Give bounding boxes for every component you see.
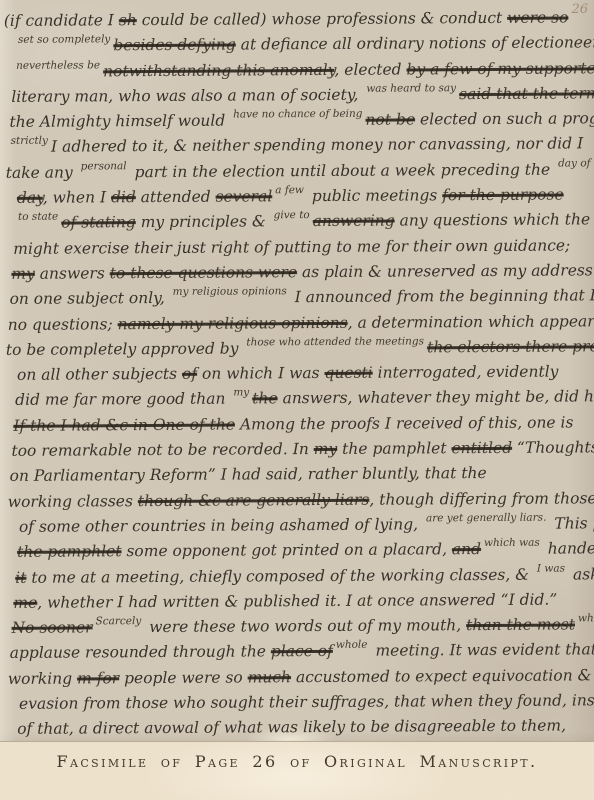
struck-text-segment: the <box>252 390 278 408</box>
struck-text-segment: answering <box>313 212 395 230</box>
manuscript-line: (if candidate I sh could be called) whos… <box>0 5 594 34</box>
inserted-text-segment: I was <box>537 563 565 573</box>
text-segment: as plain & unreserved as my address. <box>297 261 594 281</box>
inserted-text-segment: are yet generally liars. <box>426 513 546 524</box>
text-segment: my principles & <box>136 213 271 232</box>
manuscript-line: evasion from those who sought their suff… <box>2 688 594 717</box>
text-segment: elected on such a programme. <box>415 109 594 128</box>
struck-text-segment: several <box>216 187 273 205</box>
text-segment: on which I was <box>197 364 325 383</box>
struck-text-segment: m for <box>77 669 119 687</box>
text-segment: , though differing from those <box>369 489 594 508</box>
manuscript-line: no questions; namely my religious opinio… <box>0 309 594 338</box>
text-segment: evasion from those who sought their suff… <box>19 691 594 713</box>
text-segment: working <box>8 669 77 687</box>
struck-text-segment: were so <box>507 8 568 26</box>
manuscript-line: my answers to these questions were as pl… <box>0 258 594 287</box>
inserted-text-segment: day of <box>558 158 591 168</box>
manuscript-line: the pamphlet some opponent got printed o… <box>1 536 594 565</box>
text-segment: , elected <box>334 60 406 78</box>
manuscript-line: day, when I did attended severala few pu… <box>0 182 594 211</box>
inserted-text-segment: strictly <box>11 136 48 146</box>
text-segment: at defiance all ordinary notions of elec… <box>236 33 594 54</box>
text-segment: interrogated, evidently <box>373 363 559 382</box>
struck-text-segment: said that the term <box>459 84 594 103</box>
struck-text-segment: entitled <box>451 439 512 457</box>
text-segment: , whether I had written & published it. … <box>37 590 557 611</box>
manuscript-line: working m for people were so much accust… <box>2 663 594 692</box>
inserted-text-segment: my <box>233 388 249 398</box>
manuscript-line: to stateof stating my principles & give … <box>0 207 594 236</box>
inserted-text-segment: when <box>578 613 594 623</box>
manuscript-line: did me far more good than mythe answers,… <box>0 384 594 413</box>
text-segment: any questions which the electors <box>395 210 594 230</box>
manuscript-line: of that, a direct avowal of what was lik… <box>2 713 594 742</box>
inserted-text-segment: those who attended the meetings <box>246 336 424 347</box>
struck-text-segment: place of <box>271 642 333 660</box>
text-segment: I adhered to it, & neither spending mone… <box>51 135 583 156</box>
inserted-text-segment: a few <box>275 185 304 195</box>
text-segment: no questions; <box>8 315 118 334</box>
struck-text-segment: besides defying <box>113 36 236 55</box>
text-segment: people were so <box>119 668 248 687</box>
struck-text-segment: the electors there present <box>427 337 594 356</box>
inserted-text-segment: have no chance of being <box>233 109 362 120</box>
manuscript-line: No soonerScarcely were these two words o… <box>1 612 594 641</box>
inserted-text-segment: nevertheless be <box>16 60 100 71</box>
text-segment: This passage <box>549 514 594 533</box>
text-segment: to be completely approved by <box>6 339 244 358</box>
manuscript-line: me, whether I had written & published it… <box>1 587 594 616</box>
text-segment: , when I <box>43 188 111 206</box>
struck-text-segment: If the I had &c in One of the <box>13 415 235 434</box>
manuscript-line: applause resounded through the place ofw… <box>2 637 594 666</box>
text-segment: on all other subjects <box>17 365 182 384</box>
struck-text-segment: of <box>182 365 197 383</box>
inserted-text-segment: personal <box>81 161 127 171</box>
struck-text-segment: much <box>248 668 291 686</box>
struck-text-segment: not be <box>365 111 415 129</box>
struck-text-segment: to these questions were <box>110 263 297 282</box>
text-segment: were these two words out of my mouth, <box>144 616 466 636</box>
text-segment: applause resounded through the <box>10 643 271 663</box>
manuscript-line: literary man, who was also a man of soci… <box>0 81 594 110</box>
struck-text-segment: though &c are generally liars <box>138 490 370 509</box>
text-segment: the pamphlet <box>337 439 451 458</box>
text-segment: “Thoughts <box>512 438 594 457</box>
struck-text-segment: did <box>111 188 136 206</box>
manuscript-line: take any personal part in the election u… <box>0 157 594 186</box>
struck-text-segment: notwithstanding this anomaly <box>103 61 334 80</box>
struck-text-segment: my <box>314 440 338 458</box>
text-segment: to me at a meeting, chiefly composed of … <box>26 565 534 586</box>
manuscript-line: it to me at a meeting, chiefly composed … <box>1 562 594 591</box>
manuscript-text-block: (if candidate I sh could be called) whos… <box>0 5 594 742</box>
inserted-text-segment: my religious opinions <box>173 286 287 297</box>
manuscript-line: nevertheless benotwithstanding this anom… <box>0 56 594 85</box>
inserted-text-segment: whole <box>336 640 368 650</box>
text-segment: of that, a direct avowal of what was lik… <box>17 717 566 738</box>
text-segment: the Almighty himself would <box>9 112 230 131</box>
struck-text-segment: No sooner <box>11 619 92 637</box>
text-segment: might exercise their just right of putti… <box>13 236 570 257</box>
text-segment: did me far more good than <box>15 390 230 409</box>
text-segment: of some other countries in being ashamed… <box>19 515 423 535</box>
struck-text-segment: of stating <box>61 213 136 231</box>
text-segment: working classes <box>8 492 138 511</box>
manuscript-scan: 26 (if candidate I sh could be called) w… <box>0 0 594 742</box>
text-segment: answers, whatever they might be, did har… <box>278 388 594 408</box>
struck-text-segment: namely my religious opinions <box>118 313 348 332</box>
text-segment: meeting. It was evident that the <box>370 641 594 661</box>
text-segment: attended <box>136 188 216 206</box>
book-page: 26 (if candidate I sh could be called) w… <box>0 0 594 800</box>
manuscript-line: set so completelybesides defying at defi… <box>0 30 594 59</box>
inserted-text-segment: Scarcely <box>95 616 141 626</box>
manuscript-line: might exercise their just right of putti… <box>0 233 594 262</box>
text-segment: (if candidate I <box>4 11 119 30</box>
manuscript-line: of some other countries in being ashamed… <box>1 511 594 540</box>
text-segment: some opponent got printed on a placard, <box>121 540 451 560</box>
manuscript-line: on Parliamentary Reform” I had said, rat… <box>1 460 594 489</box>
struck-text-segment: and <box>452 540 481 558</box>
text-segment: answers <box>35 264 110 282</box>
text-segment: could be called) whose professions & con… <box>137 9 507 29</box>
inserted-text-segment: was heard to say <box>366 83 456 94</box>
manuscript-line: working classes though &c are generally … <box>1 486 594 515</box>
struck-text-segment: me <box>13 594 37 612</box>
struck-text-segment: sh <box>119 11 137 29</box>
text-segment: handed <box>543 539 594 557</box>
text-segment: asked <box>568 565 594 583</box>
inserted-text-segment: give to <box>274 210 310 220</box>
text-segment: on one subject only, <box>9 289 169 308</box>
struck-text-segment: by a few of my supporters, but <box>406 59 594 78</box>
text-segment: take any <box>6 163 78 181</box>
text-segment: public meetings <box>307 186 442 205</box>
text-segment: part in the election until about a week … <box>130 160 556 181</box>
manuscript-line: too remarkable not to be recorded. In my… <box>0 435 594 464</box>
text-segment: , a determination which appeared <box>348 312 594 332</box>
manuscript-line: to be completely approved by those who a… <box>0 334 594 363</box>
manuscript-line: If the I had &c in One of the Among the … <box>0 410 594 439</box>
struck-text-segment: my <box>11 265 35 283</box>
text-segment: on Parliamentary Reform” I had said, rat… <box>10 464 487 485</box>
struck-text-segment: questi <box>324 364 372 382</box>
text-segment: literary man, who was also a man of soci… <box>11 86 363 106</box>
struck-text-segment: than the most <box>466 616 575 635</box>
struck-text-segment: it <box>15 568 26 586</box>
struck-text-segment: day <box>17 189 43 207</box>
text-segment: Among the proofs I received of this, one… <box>235 413 574 433</box>
manuscript-line: on one subject only, my religious opinio… <box>0 283 594 312</box>
manuscript-line: the Almighty himself would have no chanc… <box>0 106 594 135</box>
inserted-text-segment: set so completely <box>18 35 110 46</box>
inserted-text-segment: which was <box>484 538 540 548</box>
struck-text-segment: for the purpose <box>442 186 564 205</box>
figure-caption: Facsimile of Page 26 of Original Manuscr… <box>0 752 594 771</box>
struck-text-segment: the pamphlet <box>17 542 122 561</box>
text-segment: accustomed to expect equivocation & <box>291 666 591 686</box>
inserted-text-segment: to state <box>18 212 58 222</box>
text-segment: I announced from the beginning that I wo… <box>290 286 594 307</box>
manuscript-line: on all other subjects of on which I was … <box>0 359 594 388</box>
manuscript-line: strictlyI adhered to it, & neither spend… <box>0 132 594 161</box>
text-segment: too remarkable not to be recorded. In <box>11 440 313 460</box>
